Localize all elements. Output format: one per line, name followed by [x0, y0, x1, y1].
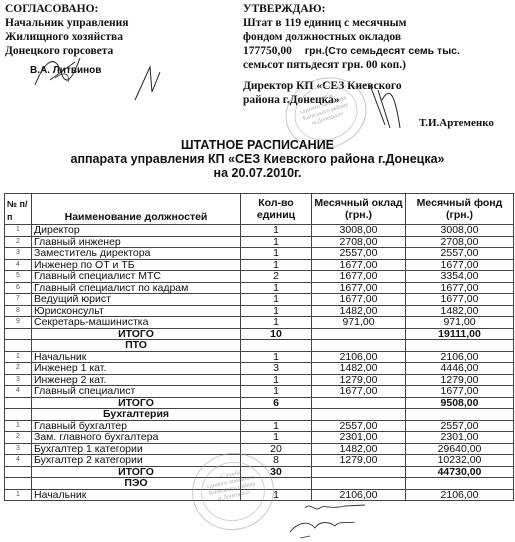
cell-num: 8	[5, 305, 32, 317]
cell-empty	[312, 409, 406, 421]
signature-left-2	[130, 62, 170, 102]
approval-right-amount-line: 177750,00 грн.(Сто семьдесят семь тыс.	[243, 44, 460, 58]
staff-table: № п/п Наименование должностей Кол-во еди…	[4, 193, 514, 501]
cell-empty	[5, 409, 32, 421]
approval-left-line: Начальник управления	[5, 16, 128, 30]
cell-empty	[241, 340, 312, 352]
total-count: 10	[241, 328, 312, 340]
table-row: 1Директор13008,003008,00	[5, 225, 514, 237]
approval-right-amount-words-2: семьсот пятьдесят грн. 00 коп.)	[243, 58, 460, 72]
table-row: 4Главный специалист11677,001677,00	[5, 386, 514, 398]
cell-empty	[5, 466, 32, 478]
table-row: 4Инженер по ОТ и ТБ11677,001677,00	[5, 259, 514, 271]
cell-fund: 29640,00	[406, 443, 514, 455]
cell-num: 1	[5, 225, 32, 237]
cell-count: 1	[241, 351, 312, 363]
cell-salary: 1279,00	[312, 455, 406, 467]
cell-num: 4	[5, 455, 32, 467]
cell-fund: 1279,00	[406, 374, 514, 386]
cell-fund: 1677,00	[406, 386, 514, 398]
cell-position: Инженер 2 кат.	[32, 374, 241, 386]
cell-num: 5	[5, 271, 32, 283]
cell-count: 1	[241, 248, 312, 260]
cell-count: 1	[241, 305, 312, 317]
cell-fund: 2708,00	[406, 236, 514, 248]
cell-empty	[241, 409, 312, 421]
cell-num: 1	[5, 420, 32, 432]
cell-fund: 2557,00	[406, 420, 514, 432]
total-count: 6	[241, 397, 312, 409]
cell-salary: 1482,00	[312, 305, 406, 317]
table-row: 8Юрисконсульт11482,001482,00	[5, 305, 514, 317]
cell-position: Главный специалист	[32, 386, 241, 398]
total-row: ИТОГО1019111,00	[5, 328, 514, 340]
table-row: 2Главный инженер12708,002708,00	[5, 236, 514, 248]
cell-salary: 2557,00	[312, 420, 406, 432]
cell-fund: 971,00	[406, 317, 514, 329]
cell-salary: 1482,00	[312, 443, 406, 455]
col-header-salary: Месячный оклад (грн.)	[312, 194, 406, 225]
table-row: 2Зам. главного бухгалтера12301,002301,00	[5, 432, 514, 444]
table-row: 9Секретарь-машинистка1971,00971,00	[5, 317, 514, 329]
cell-position: Главный инженер	[32, 236, 241, 248]
cell-count: 1	[241, 282, 312, 294]
cell-fund: 3354,00	[406, 271, 514, 283]
cell-salary: 2301,00	[312, 432, 406, 444]
cell-count: 1	[241, 420, 312, 432]
signature-right	[360, 80, 410, 130]
cell-fund: 1677,00	[406, 282, 514, 294]
approval-left-heading: СОГЛАСОВАНО:	[5, 2, 128, 16]
cell-position: Ведущий юрист	[32, 294, 241, 306]
cell-salary: 971,00	[312, 317, 406, 329]
cell-position: Бухгалтер 1 категории	[32, 443, 241, 455]
cell-fund: 2301,00	[406, 432, 514, 444]
cell-count: 1	[241, 259, 312, 271]
cell-position: Директор	[32, 225, 241, 237]
cell-position: Заместитель директора	[32, 248, 241, 260]
cell-position: Начальник	[32, 351, 241, 363]
cell-empty	[5, 328, 32, 340]
cell-position: Зам. главного бухгалтера	[32, 432, 241, 444]
approval-left-line: Жилищного хозяйства	[5, 30, 128, 44]
cell-empty	[406, 478, 514, 490]
table-row: 7Ведущий юрист11677,001677,00	[5, 294, 514, 306]
cell-salary: 1279,00	[312, 374, 406, 386]
cell-count: 1	[241, 294, 312, 306]
cell-empty	[312, 340, 406, 352]
table-row: 1Главный бухгалтер12557,002557,00	[5, 420, 514, 432]
table-row: 2Инженер 1 кат.31482,004446,00	[5, 363, 514, 375]
approval-right-amount: 177750,00	[243, 45, 292, 57]
cell-num: 9	[5, 317, 32, 329]
approval-right-line: фондом должностных окладов	[243, 30, 460, 44]
doc-title: ШТАТНОЕ РАСПИСАНИЕ	[0, 138, 515, 152]
cell-salary: 1677,00	[312, 271, 406, 283]
col-header-num: № п/п	[5, 194, 32, 225]
signature-bottom	[285, 500, 375, 542]
approval-right-amount-words: грн.(Сто семьдесят семь тыс.	[305, 45, 460, 57]
cell-fund: 2557,00	[406, 248, 514, 260]
cell-num: 2	[5, 363, 32, 375]
cell-fund: 3008,00	[406, 225, 514, 237]
total-row: ИТОГО69508,00	[5, 397, 514, 409]
cell-num: 6	[5, 282, 32, 294]
cell-count: 1	[241, 225, 312, 237]
cell-count: 20	[241, 443, 312, 455]
col-header-count: Кол-во единиц	[241, 194, 312, 225]
doc-date: на 20.07.2010г.	[0, 166, 515, 180]
cell-position: Юрисконсульт	[32, 305, 241, 317]
section-title: Бухгалтерия	[32, 409, 241, 421]
total-label: ИТОГО	[32, 328, 241, 340]
table-row: 6Главный специалист по кадрам11677,00167…	[5, 282, 514, 294]
cell-fund: 2106,00	[406, 489, 514, 501]
cell-num: 4	[5, 259, 32, 271]
cell-count: 2	[241, 271, 312, 283]
approval-right-heading: УТВЕРЖДАЮ:	[243, 2, 460, 16]
cell-position: Главный специалист МТС	[32, 271, 241, 283]
section-header-row: ПТО	[5, 340, 514, 352]
cell-salary: 2708,00	[312, 236, 406, 248]
cell-empty	[5, 340, 32, 352]
cell-position: Главный бухгалтер	[32, 420, 241, 432]
cell-fund: 2106,00	[406, 351, 514, 363]
section-header-row: Бухгалтерия	[5, 409, 514, 421]
cell-count: 1	[241, 317, 312, 329]
cell-empty	[406, 340, 514, 352]
cell-num: 4	[5, 386, 32, 398]
cell-num: 3	[5, 248, 32, 260]
section-title: ПТО	[32, 340, 241, 352]
cell-num: 3	[5, 374, 32, 386]
cell-empty	[312, 397, 406, 409]
cell-count: 1	[241, 236, 312, 248]
cell-num: 3	[5, 443, 32, 455]
cell-fund: 1677,00	[406, 294, 514, 306]
cell-salary: 2557,00	[312, 248, 406, 260]
table-row: 3Бухгалтер 1 категории201482,0029640,00	[5, 443, 514, 455]
approval-right-signatory: Т.И.Артеменко	[419, 117, 494, 129]
cell-salary: 1482,00	[312, 363, 406, 375]
table-header-row: № п/п Наименование должностей Кол-во еди…	[5, 194, 514, 225]
cell-position: Главный специалист по кадрам	[32, 282, 241, 294]
cell-position: Инженер по ОТ и ТБ	[32, 259, 241, 271]
cell-salary: 1677,00	[312, 282, 406, 294]
cell-num: 2	[5, 236, 32, 248]
cell-fund: 10232,00	[406, 455, 514, 467]
cell-empty	[5, 478, 32, 490]
cell-position: Инженер 1 кат.	[32, 363, 241, 375]
total-fund: 44730,00	[406, 466, 514, 478]
cell-salary: 2106,00	[312, 351, 406, 363]
cell-empty	[312, 328, 406, 340]
cell-num: 1	[5, 489, 32, 501]
cell-num: 1	[5, 351, 32, 363]
table-row: 1Начальник12106,002106,00	[5, 351, 514, 363]
cell-count: 1	[241, 374, 312, 386]
cell-fund: 1482,00	[406, 305, 514, 317]
cell-empty	[312, 466, 406, 478]
cell-salary: 3008,00	[312, 225, 406, 237]
cell-fund: 4446,00	[406, 363, 514, 375]
cell-empty	[406, 409, 514, 421]
table-row: 5Главный специалист МТС21677,003354,00	[5, 271, 514, 283]
cell-salary: 1677,00	[312, 294, 406, 306]
approval-right-line: Штат в 119 единиц с месячным	[243, 16, 460, 30]
cell-count: 1	[241, 432, 312, 444]
cell-count: 3	[241, 363, 312, 375]
cell-empty	[312, 478, 406, 490]
cell-salary: 1677,00	[312, 259, 406, 271]
col-header-name: Наименование должностей	[32, 194, 241, 225]
cell-salary: 2106,00	[312, 489, 406, 501]
cell-num: 2	[5, 432, 32, 444]
table-row: 3Инженер 2 кат.11279,001279,00	[5, 374, 514, 386]
cell-salary: 1677,00	[312, 386, 406, 398]
col-header-fund: Месячный фонд (грн.)	[406, 194, 514, 225]
doc-subtitle: аппарата управления КП «СЕЗ Киевского ра…	[0, 152, 515, 166]
cell-empty	[5, 397, 32, 409]
cell-position: Секретарь-машинистка	[32, 317, 241, 329]
cell-count: 1	[241, 386, 312, 398]
signature-left	[30, 50, 100, 90]
total-label: ИТОГО	[32, 397, 241, 409]
table-row: 3Заместитель директора12557,002557,00	[5, 248, 514, 260]
total-fund: 9508,00	[406, 397, 514, 409]
cell-fund: 1677,00	[406, 259, 514, 271]
total-fund: 19111,00	[406, 328, 514, 340]
cell-num: 7	[5, 294, 32, 306]
